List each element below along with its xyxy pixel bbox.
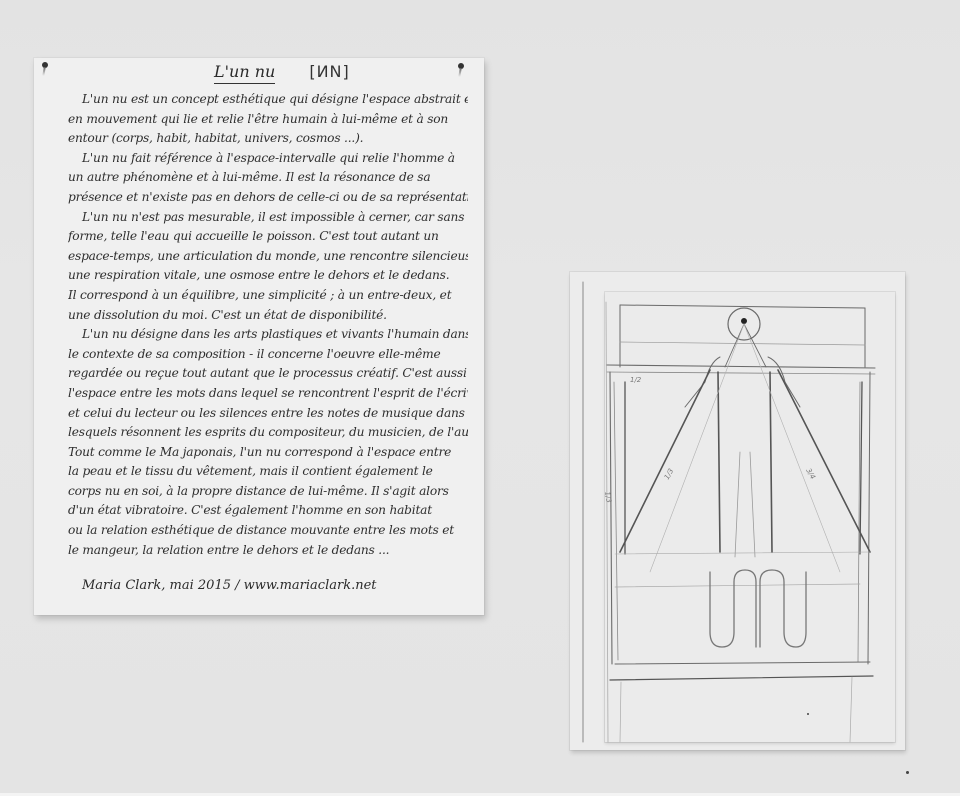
text-line: d'un état vibratoire. C'est également l'… xyxy=(68,501,468,521)
margin-note: 1/3 xyxy=(603,491,613,503)
text-line: la peau et le tissu du vêtement, mais il… xyxy=(68,462,468,482)
wall-mark xyxy=(906,771,909,774)
signature: Maria Clark, mai 2015 / www.mariaclark.n… xyxy=(82,578,377,593)
text-line: une dissolution du moi. C'est un état de… xyxy=(68,306,468,326)
text-line: un autre phénomène et à lui-même. Il est… xyxy=(68,168,468,188)
text-line: une respiration vitale, une osmose entre… xyxy=(68,266,468,286)
margin-note: 1/3 xyxy=(663,467,676,481)
text-line: ou la relation esthétique de distance mo… xyxy=(68,521,468,541)
text-line: entour (corps, habit, habitat, univers, … xyxy=(68,129,468,149)
text-line: en mouvement qui lie et relie l'être hum… xyxy=(68,110,468,130)
margin-note: 3/4 xyxy=(804,467,817,481)
text-line: l'espace entre les mots dans lequel se r… xyxy=(68,384,468,404)
handwritten-sheet: L'un nu [ИN] L'un nu est un concept esth… xyxy=(34,58,484,615)
text-line: regardée ou reçue tout autant que le pro… xyxy=(68,364,468,384)
sheet-text: L'un nu est un concept esthétique qui dé… xyxy=(68,90,468,560)
paper-mark xyxy=(807,713,809,715)
text-line: L'un nu désigne dans les arts plastiques… xyxy=(68,325,468,345)
sheet-header: L'un nu [ИN] xyxy=(214,62,350,84)
text-line: lesquels résonnent les esprits du compos… xyxy=(68,423,468,443)
pushpin-icon xyxy=(458,63,464,69)
text-line: L'un nu fait référence à l'espace-interv… xyxy=(68,149,468,169)
pushpin-icon xyxy=(42,62,48,68)
text-line: corps nu en soi, à la propre distance de… xyxy=(68,482,468,502)
text-line: Il correspond à un équilibre, une simpli… xyxy=(68,286,468,306)
sheet-title-glyph: [ИN] xyxy=(309,62,349,81)
margin-note: 1/2 xyxy=(630,376,642,384)
text-line: présence et n'existe pas en dehors de ce… xyxy=(68,188,468,208)
text-line: espace-temps, une articulation du monde,… xyxy=(68,247,468,267)
figure-drawing: 1/2 1/3 1/3 3/4 xyxy=(570,272,905,750)
text-line: L'un nu n'est pas mesurable, il est impo… xyxy=(68,208,468,228)
text-line: Tout comme le Ma japonais, l'un nu corre… xyxy=(68,443,468,463)
text-line: le contexte de sa composition - il conce… xyxy=(68,345,468,365)
sheet-title: L'un nu xyxy=(214,62,275,84)
text-line: forme, telle l'eau qui accueille le pois… xyxy=(68,227,468,247)
text-line: et celui du lecteur ou les silences entr… xyxy=(68,404,468,424)
text-line: L'un nu est un concept esthétique qui dé… xyxy=(68,90,468,110)
text-line: le mangeur, la relation entre le dehors … xyxy=(68,541,468,561)
